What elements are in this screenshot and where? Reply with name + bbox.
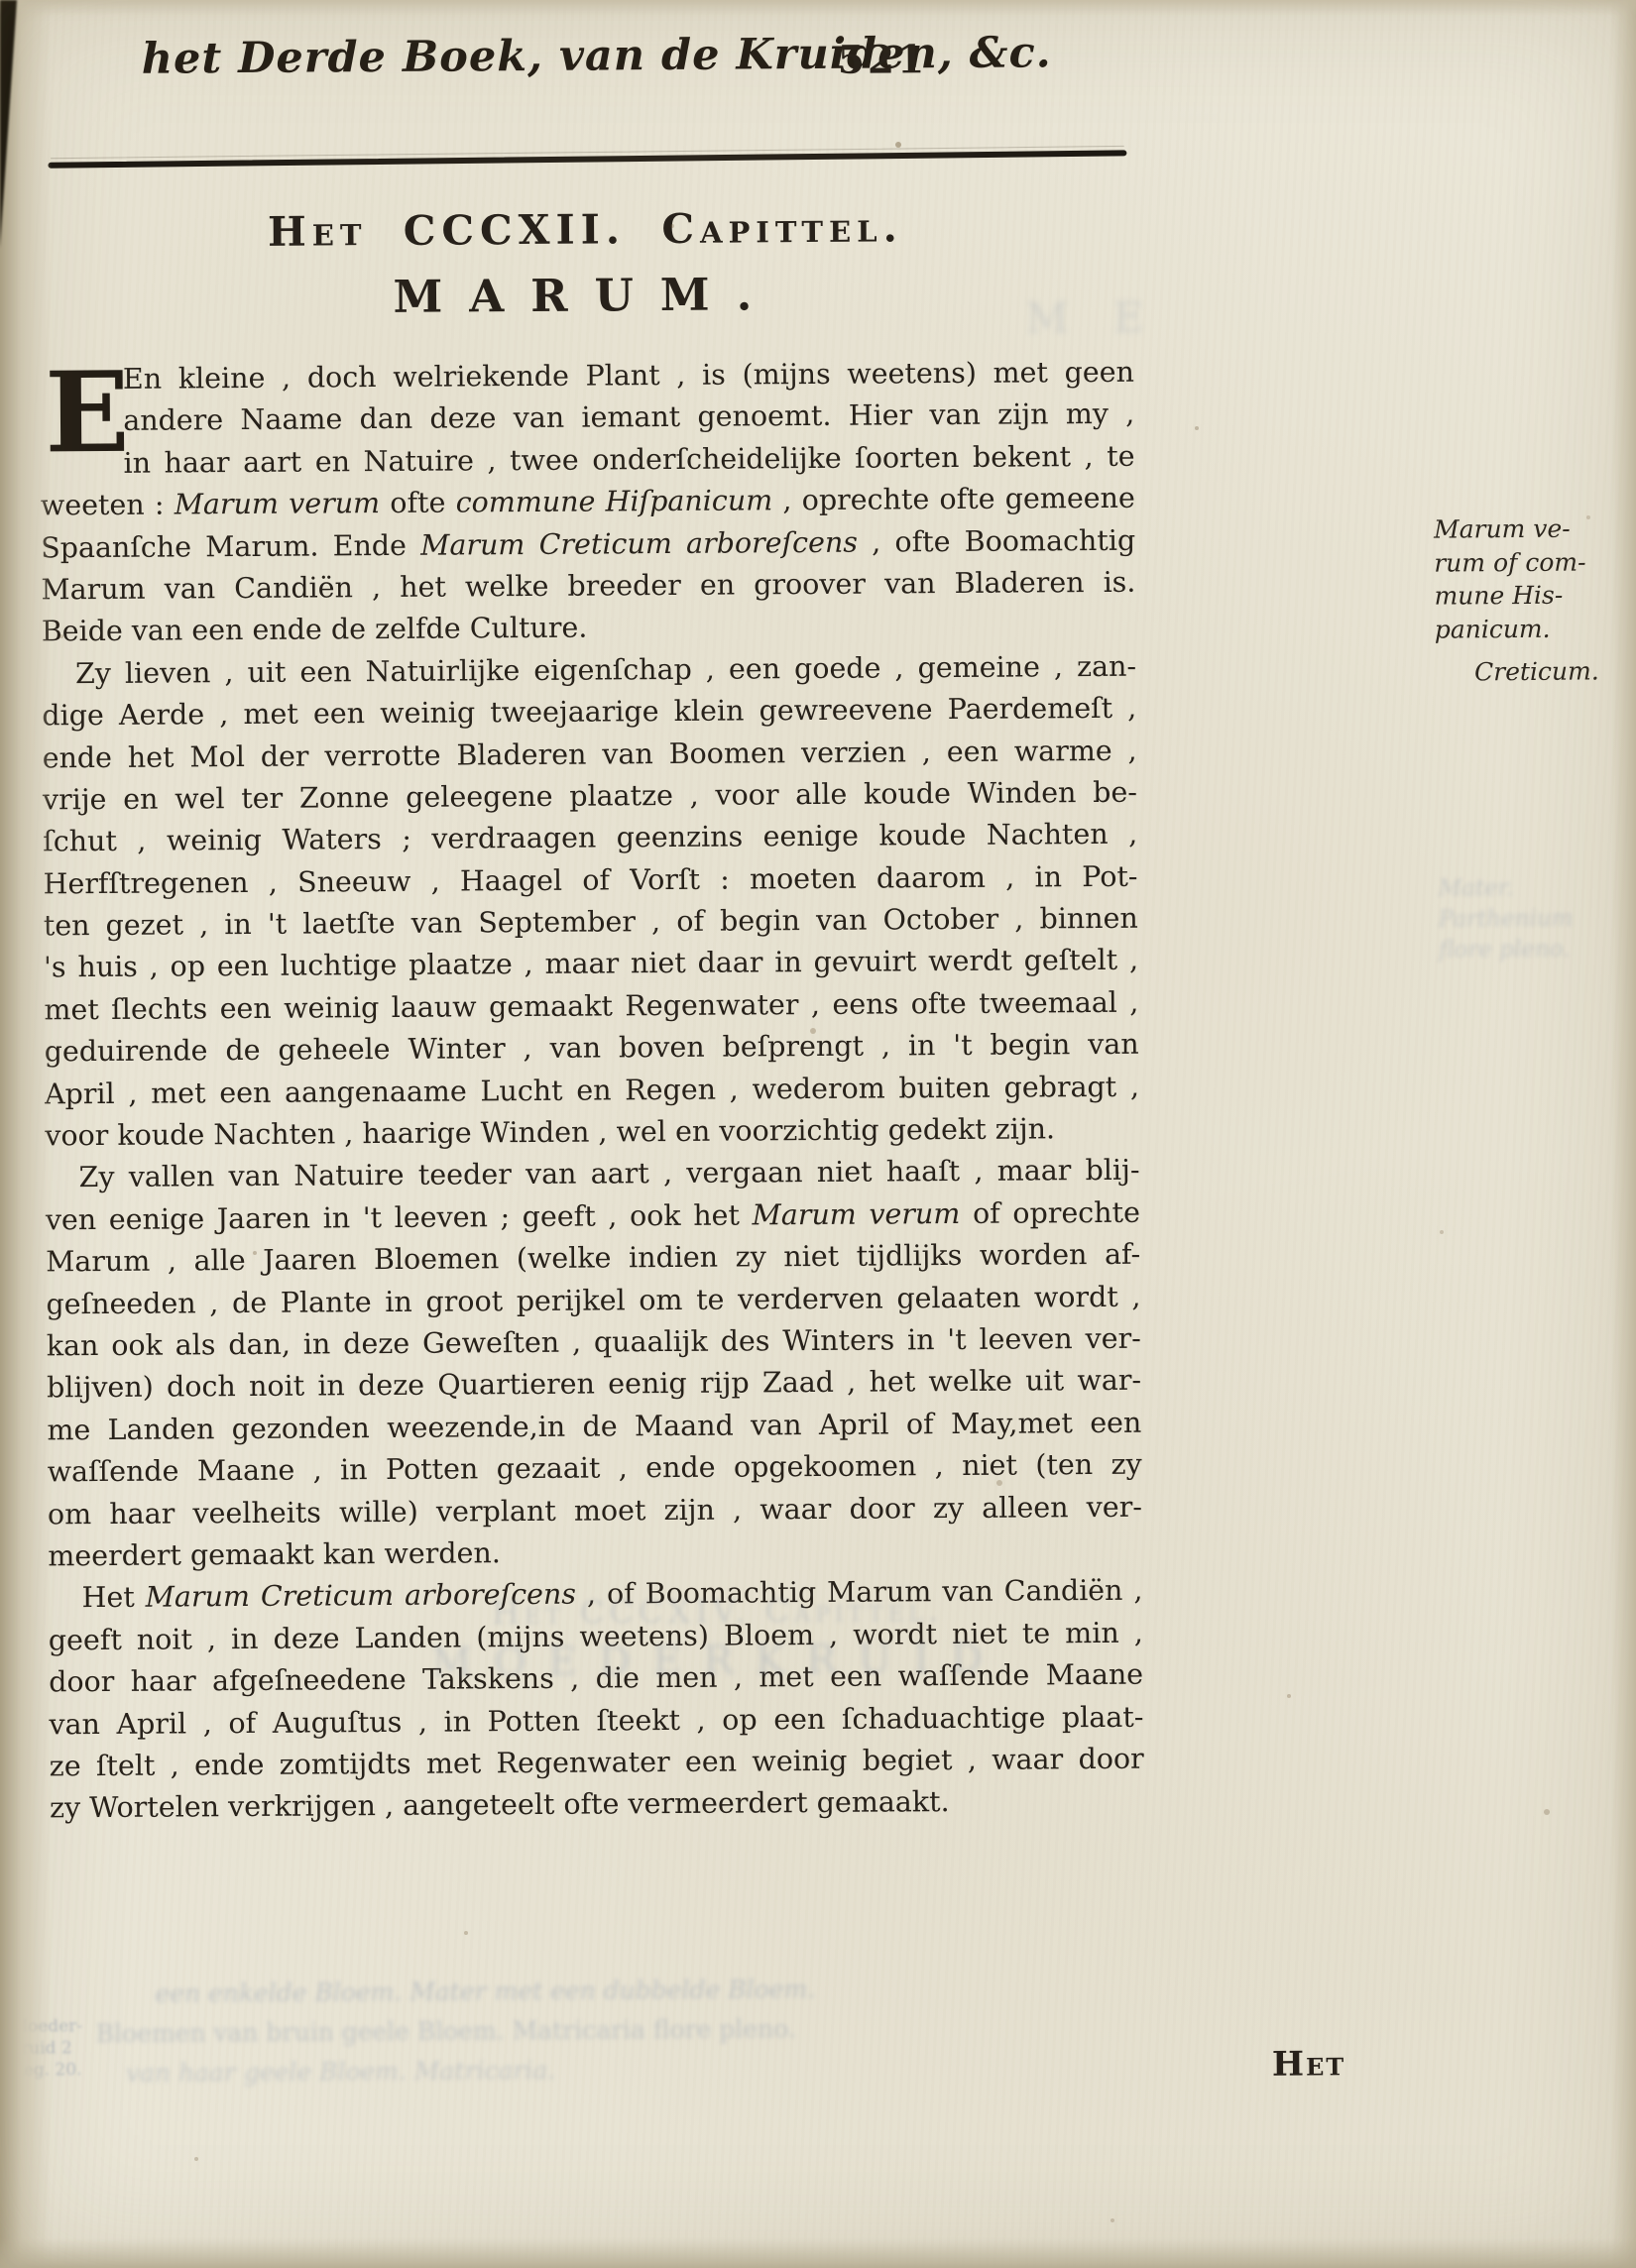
- paragraph-3: Zy vallen van Natuire teeder van aart , …: [45, 1150, 1142, 1578]
- page-number: 521: [838, 37, 928, 83]
- bleedthrough-text-line: Bloemen van bruin geele Bloem. Matricari…: [96, 2014, 796, 2048]
- margin-note-species: Marum ve-rum of com-mune His-panicum.Cre…: [1434, 511, 1633, 689]
- page-edge-right: [1610, 0, 1636, 2268]
- chapter-title-marum: MARUM.: [39, 266, 1132, 326]
- page-content: het Derde Boek, van de Kruiden, &c. 521 …: [0, 0, 1636, 2268]
- bleedthrough-text-line: van haar geele Bloem. Matricaria.: [126, 2056, 555, 2088]
- book-page-scan: het Derde Boek, van de Kruiden, &c. 521 …: [0, 0, 1636, 2268]
- paragraph-1: En kleine , doch welriekende Plant , is …: [40, 352, 1136, 653]
- bleedthrough-margin-note: Mater. Parthenium flore pleno.: [1438, 872, 1627, 965]
- body-text: En kleine , doch welriekende Plant , is …: [40, 352, 1144, 1830]
- chapter-heading: Het CCCXII. Capittel.: [39, 202, 1132, 258]
- paragraph-4: Het Marum Creticum arboreſcens , of Boom…: [48, 1570, 1144, 1830]
- binding-corner-shadow: [0, 0, 17, 248]
- page-edge-bottom: [0, 2238, 1636, 2268]
- catchword: Het: [1272, 2044, 1346, 2085]
- header-divider-rule: [48, 150, 1126, 168]
- paragraph-2: Zy lieven , uit een Natuirlijke eigenſch…: [42, 645, 1140, 1157]
- page-edge-left: [0, 0, 52, 2268]
- page-edge-top: [0, 0, 1636, 16]
- bleedthrough-text-line: een enkelde Bloem. Mater met een dubbeld…: [155, 1975, 815, 2008]
